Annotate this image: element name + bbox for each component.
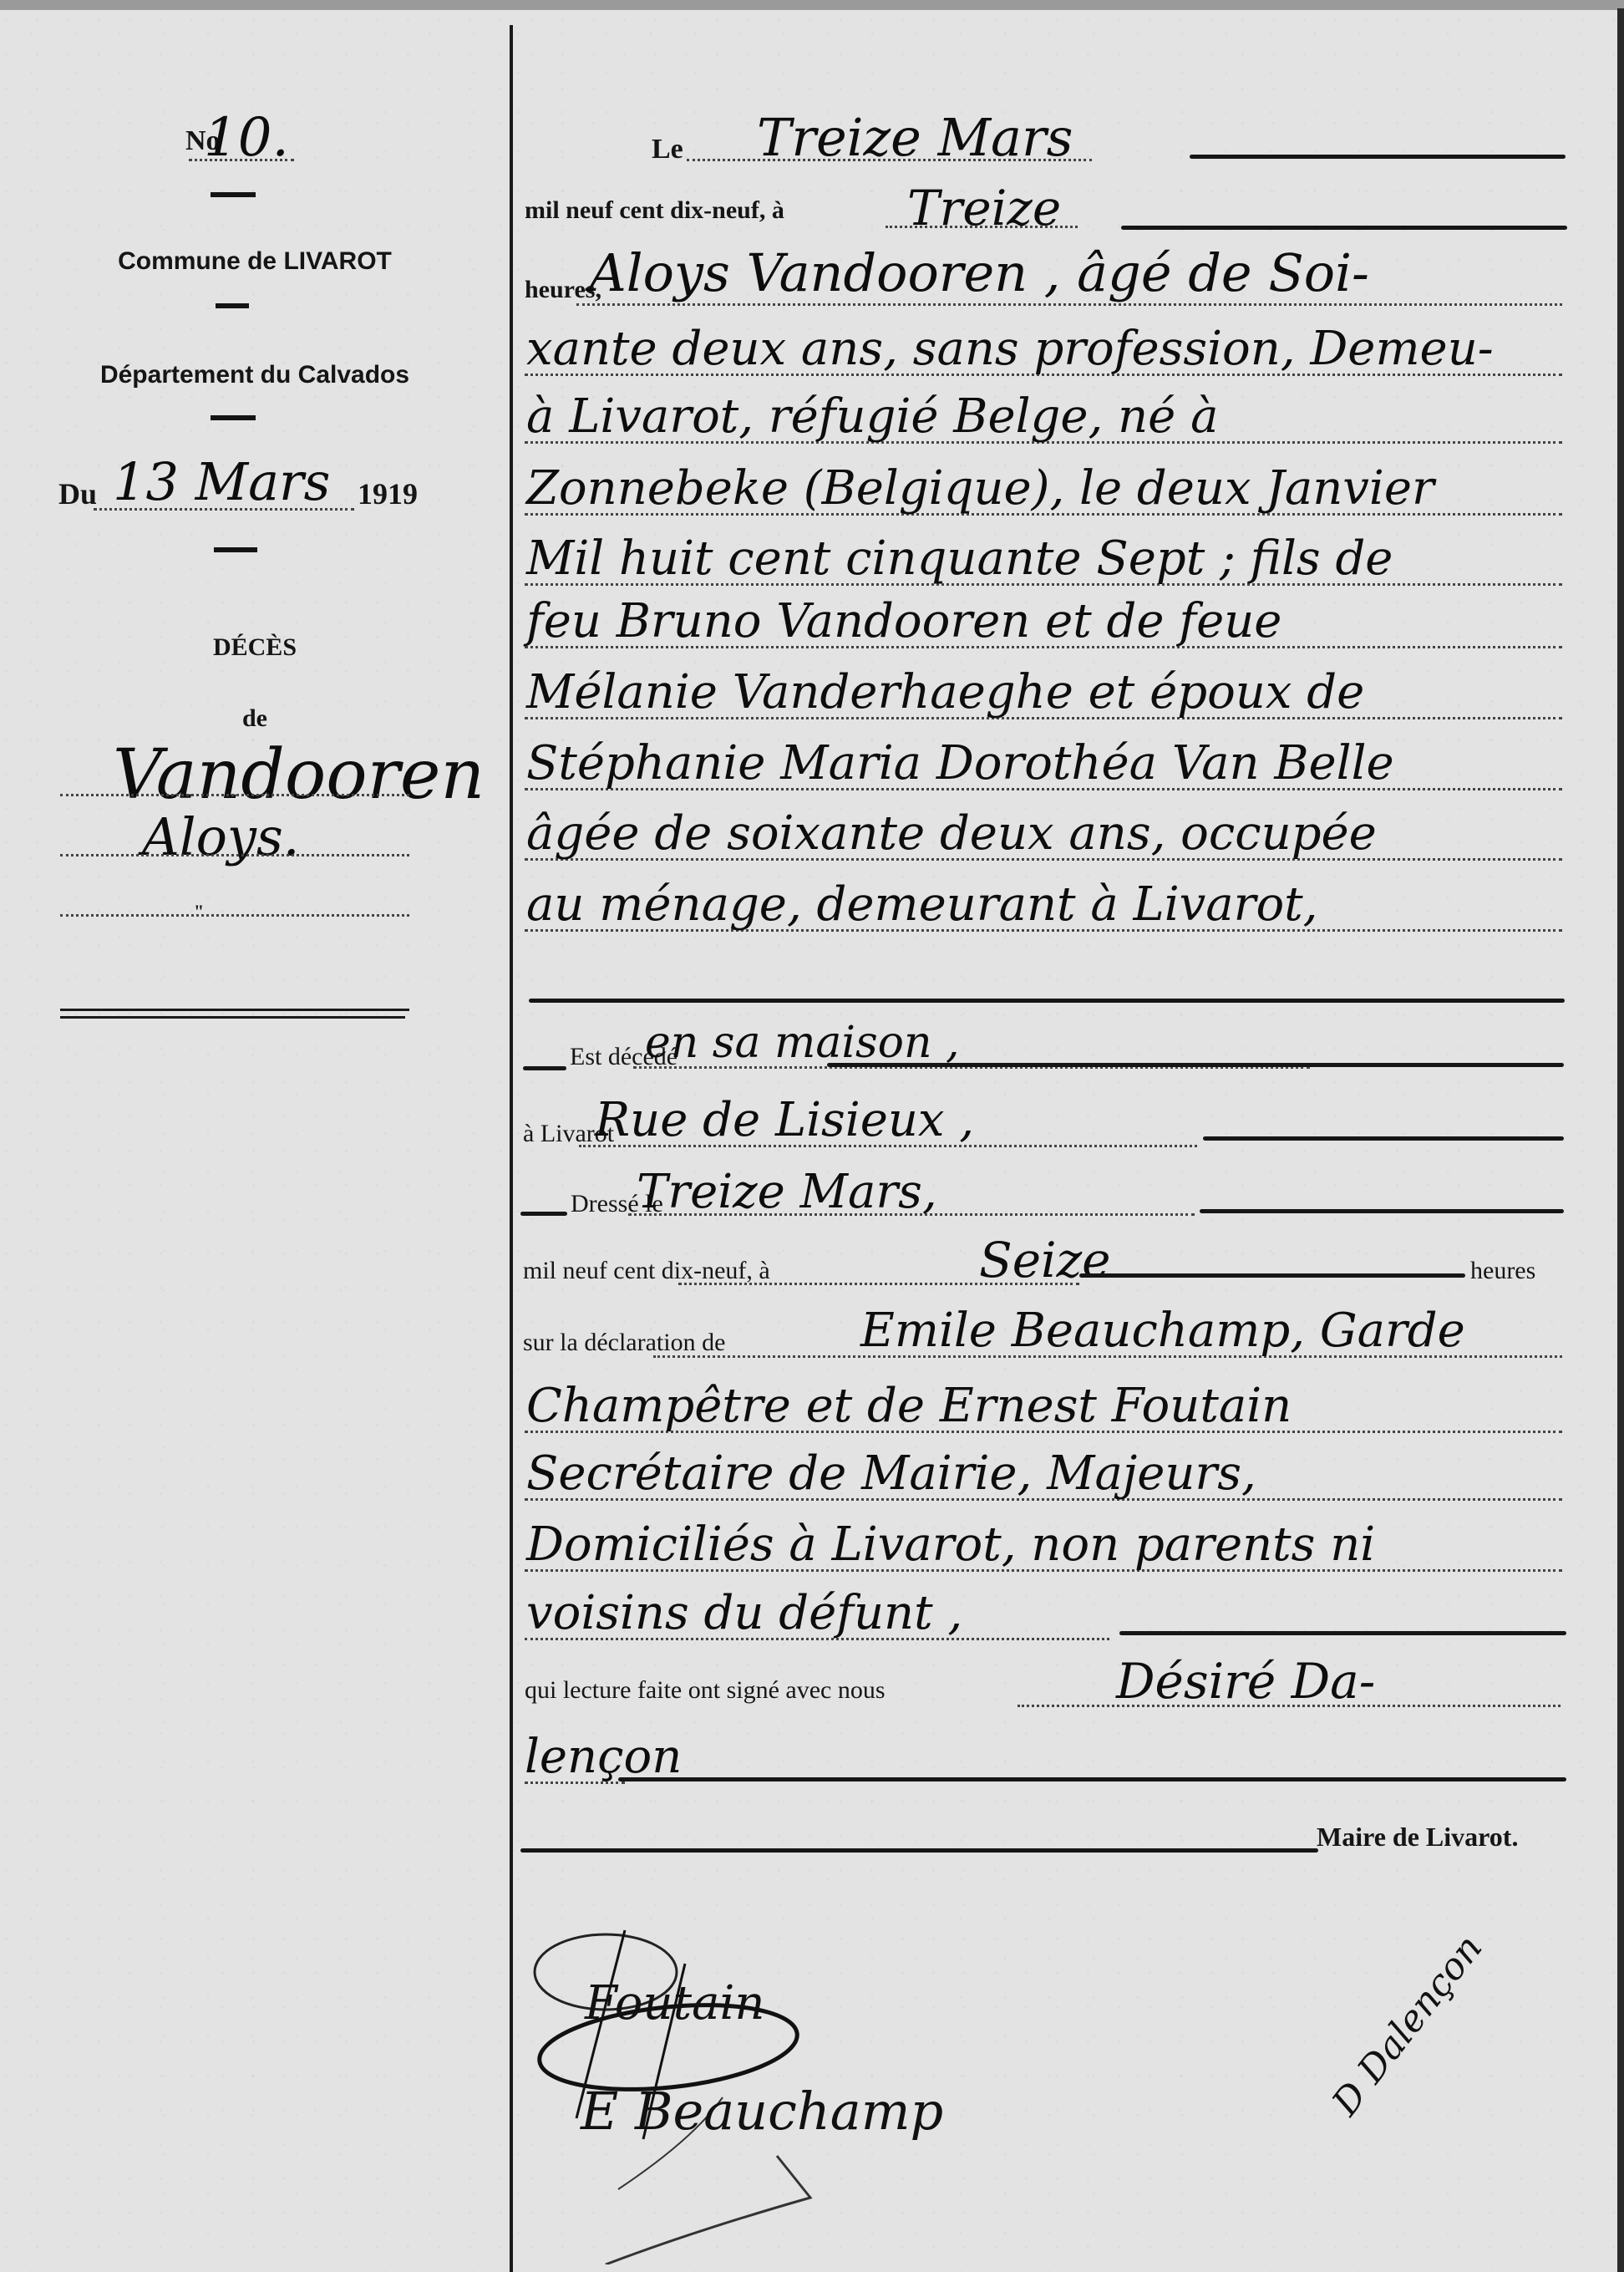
body-line-10: au ménage, demeurant à Livarot, <box>526 877 1317 932</box>
body-line-2: xante deux ans, sans profession, Demeu- <box>526 322 1494 376</box>
declaration-line-2: Champêtre et de Ernest Foutain <box>526 1379 1292 1433</box>
mayor-name-line-2: lençon <box>525 1730 682 1784</box>
record-year: 1919 <box>358 476 418 511</box>
body-line-5: Mil huit cent cinquante Sept ; fils de <box>526 531 1393 586</box>
commune-label: Commune de LIVAROT <box>0 247 510 276</box>
double-rule-top <box>60 1009 409 1011</box>
date-prefix: Du <box>58 476 97 511</box>
body-line-1: Aloys Vandooren , âgé de Soi- <box>589 242 1369 303</box>
deces-de: de <box>0 704 510 733</box>
surname-dotted-line <box>60 794 409 796</box>
mayor-signature-rule <box>520 1848 1318 1853</box>
year2-label: mil neuf cent dix-neuf, à <box>523 1257 770 1285</box>
hour2-value: Seize <box>979 1232 1111 1288</box>
signature-2: E Beauchamp <box>581 2081 943 2142</box>
heures2-label: heures <box>1470 1257 1535 1285</box>
dresse-value: Treize Mars, <box>637 1165 937 1219</box>
body-line-8: Stéphanie Maria Dorothéa Van Belle <box>526 736 1394 790</box>
le-label: Le <box>652 134 683 165</box>
separator-dash <box>211 192 256 197</box>
fill-line <box>1121 226 1567 230</box>
third-dotted-line <box>60 914 409 917</box>
scan-right-edge <box>1617 8 1624 2272</box>
declaration-line-4: Domiciliés à Livarot, non parents ni <box>526 1517 1375 1572</box>
separator-dash <box>211 415 256 420</box>
body-line-3: à Livarot, réfugié Belge, né à <box>526 389 1219 444</box>
column-divider <box>510 25 513 2272</box>
declaration-line-1: Emile Beauchamp, Garde <box>860 1304 1465 1358</box>
declaration-line-5: voisins du défunt , <box>526 1586 962 1640</box>
body-line-6: feu Bruno Vandooren et de feue <box>526 594 1281 648</box>
deces-title: DÉCÈS <box>0 633 510 662</box>
mayor-name-line-1: Désiré Da- <box>1116 1653 1375 1710</box>
separator-dash <box>214 547 257 552</box>
declaration-label: sur la déclaration de <box>523 1329 725 1357</box>
fill-line <box>1119 1631 1566 1635</box>
fill-line <box>618 1777 1566 1782</box>
lead-dash <box>523 1066 566 1070</box>
fill-line <box>1203 1136 1564 1141</box>
section-rule <box>529 999 1565 1003</box>
fill-line <box>1190 155 1566 159</box>
year-label: mil neuf cent dix-neuf, à <box>525 196 784 225</box>
lead-dash <box>520 1212 567 1216</box>
deceased-surname: Vandooren <box>113 735 485 815</box>
hour-value: Treize <box>907 180 1061 236</box>
deceased-place: en sa maison , <box>645 1018 960 1068</box>
separator-dash <box>216 303 249 308</box>
signature-1: Foutain <box>585 1976 764 2031</box>
le-date-value: Treize Mars <box>757 107 1073 168</box>
mayor-title: Maire de Livarot. <box>1317 1822 1518 1853</box>
street-value: Rue de Lisieux , <box>595 1093 974 1147</box>
departement-label: Département du Calvados <box>0 361 510 389</box>
deceased-given-name: Aloys. <box>142 806 299 867</box>
record-number: 10. <box>204 107 289 169</box>
fill-line <box>1079 1273 1465 1278</box>
body-line-4: Zonnebeke (Belgique), le deux Janvier <box>526 461 1434 516</box>
double-rule-bottom <box>60 1016 405 1019</box>
body-line-7: Mélanie Vanderhaeghe et époux de <box>526 665 1364 719</box>
body-line-9: âgée de soixante deux ans, occupée <box>526 806 1377 861</box>
ditto-mark: " <box>194 901 204 923</box>
record-date: 13 Mars <box>113 451 331 512</box>
fill-line <box>1200 1209 1564 1213</box>
given-name-dotted-line <box>60 854 409 856</box>
fill-line <box>827 1063 1564 1067</box>
declaration-line-3: Secrétaire de Mairie, Majeurs, <box>526 1446 1256 1501</box>
signed-label: qui lecture faite ont signé avec nous <box>525 1676 886 1705</box>
line-dotted <box>576 303 1562 306</box>
